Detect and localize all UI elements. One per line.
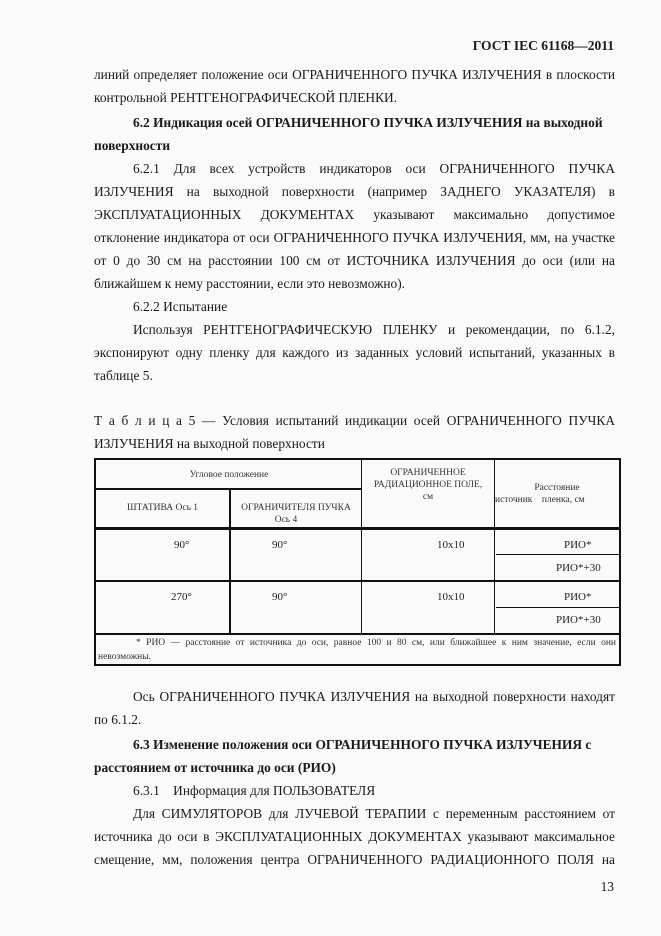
document-code-header: ГОСТ IEC 61168—2011 xyxy=(473,38,614,54)
table-footnote-cont: невозможны. xyxy=(98,650,616,664)
paragraph-line: ближайшем к нему расстоянии, если это не… xyxy=(94,275,615,293)
subsection-title-6-3-1: 6.3.1 Информация для ПОЛЬЗОВАТЕЛЯ xyxy=(133,782,615,800)
header-gantry-axis-1: ШТАТИВА Ось 1 xyxy=(96,502,229,514)
paragraph-line: экспонируют одну пленку для каждого из з… xyxy=(94,344,615,362)
cell-axis1: 90° xyxy=(174,539,189,551)
table-caption: Т а б л и ц а 5 — Условия испытаний инди… xyxy=(94,412,615,430)
section-heading-6-2: 6.2 Индикация осей ОГРАНИЧЕННОГО ПУЧКА И… xyxy=(133,114,615,132)
paragraph-line: Для СИМУЛЯТОРОВ для ЛУЧЕВОЙ ТЕРАПИИ с пе… xyxy=(133,805,615,823)
paragraph-line: 6.2.1 Для всех устройств индикаторов оси… xyxy=(133,160,615,178)
table-footnote: * РИО — расстояние от источника до оси, … xyxy=(98,636,616,650)
paragraph-line: смещение, мм, положения центра ОГРАНИЧЕН… xyxy=(94,851,615,869)
paragraph-line: таблице 5. xyxy=(94,367,615,385)
cell-field: 10x10 xyxy=(437,591,465,603)
cell-axis4: 90° xyxy=(272,539,287,551)
cell-field: 10x10 xyxy=(437,539,465,551)
paragraph-line: отклонение индикатора от оси ОГРАНИЧЕННО… xyxy=(94,229,615,247)
paragraph-line: источника до оси в ЭКСПЛУАТАЦИОННЫХ ДОКУ… xyxy=(94,828,615,846)
divider xyxy=(96,580,619,582)
divider xyxy=(96,527,619,530)
table-caption-cont: ИЗЛУЧЕНИЯ на выходной поверхности xyxy=(94,435,615,453)
cell-distance: РИО*+30 xyxy=(556,562,601,574)
cell-distance: РИО* xyxy=(564,539,592,551)
section-heading-6-2-cont: поверхности xyxy=(94,137,615,155)
cell-axis1: 270° xyxy=(171,591,192,603)
divider xyxy=(496,554,619,555)
cell-distance: РИО* xyxy=(564,591,592,603)
paragraph-line: по 6.1.2. xyxy=(94,711,615,729)
paragraph-line: Ось ОГРАНИЧЕННОГО ПУЧКА ИЗЛУЧЕНИЯ на вых… xyxy=(133,688,615,706)
paragraph-line: от 0 до 30 см на расстоянии 100 см от ИС… xyxy=(94,252,615,270)
cell-distance: РИО*+30 xyxy=(556,614,601,626)
paragraph-line: Используя РЕНТГЕНОГРАФИЧЕСКУЮ ПЛЕНКУ и р… xyxy=(133,321,615,339)
cell-axis4: 90° xyxy=(272,591,287,603)
header-angular-position: Угловое положение xyxy=(96,469,362,481)
section-heading-6-3: 6.3 Изменение положения оси ОГРАНИЧЕННОГ… xyxy=(133,736,615,754)
paragraph-line: ИЗЛУЧЕНИЯ на выходной поверхности (напри… xyxy=(94,183,615,201)
paragraph-line: ЭКСПЛУАТАЦИОННЫХ ДОКУМЕНТАХ указывают ма… xyxy=(94,206,615,224)
paragraph-line: линий определяет положение оси ОГРАНИЧЕН… xyxy=(94,66,615,84)
divider xyxy=(496,607,619,608)
subsection-title-6-2-2: 6.2.2 Испытание xyxy=(133,298,615,316)
header-distance: Расстояние источник пленка, см xyxy=(495,482,619,506)
header-radiation-field: ОГРАНИЧЕННОЕ РАДИАЦИОННОЕ ПОЛЕ, см xyxy=(362,467,494,503)
header-collimator-axis-4: ОГРАНИЧИТЕЛЯ ПУЧКА Ось 4 xyxy=(231,502,361,526)
page-number: 13 xyxy=(601,879,614,895)
table-5: Угловое положение ШТАТИВА Ось 1 ОГРАНИЧИ… xyxy=(94,458,621,666)
section-heading-6-3-cont: расстоянием от источника до оси (РИО) xyxy=(94,759,615,777)
paragraph-line: контрольной РЕНТГЕНОГРАФИЧЕСКОЙ ПЛЕНКИ. xyxy=(94,89,615,107)
divider xyxy=(96,633,619,635)
